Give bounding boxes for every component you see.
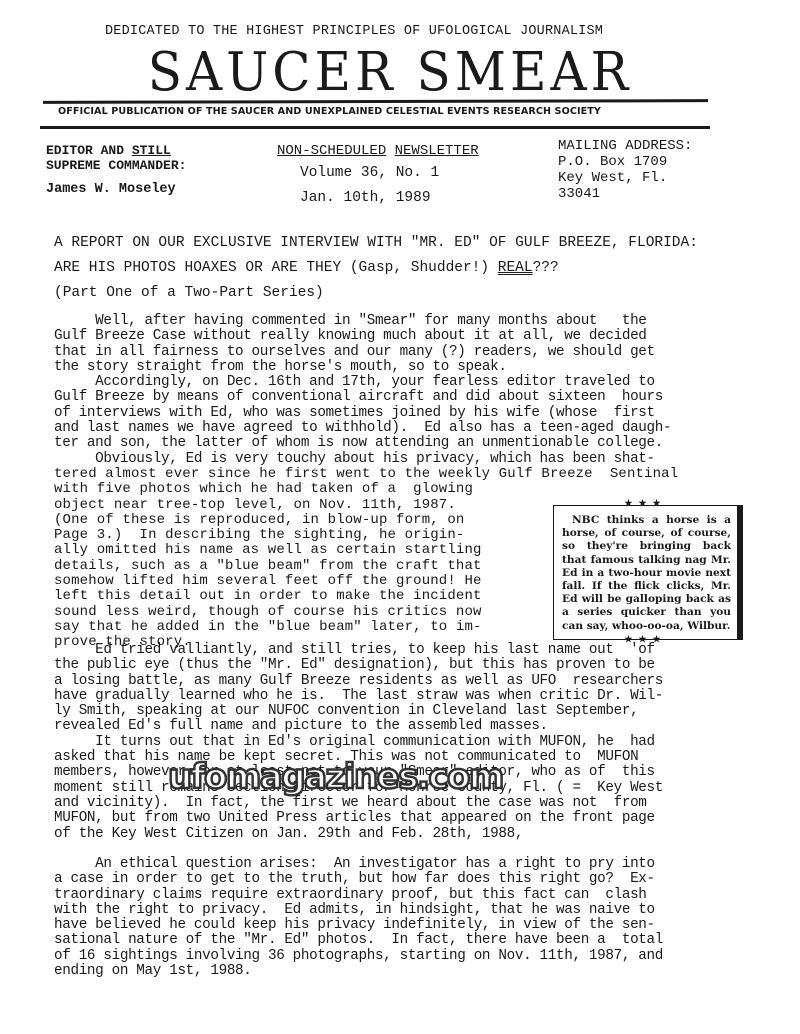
official-publication-line: OFFICIAL PUBLICATION OF THE SAUCER AND U… bbox=[58, 106, 718, 117]
newsletter-type-a: NON-SCHEDULED bbox=[277, 143, 386, 159]
divider-bottom bbox=[40, 126, 710, 129]
mailing-address: MAILING ADDRESS: P.O. Box 1709 Key West,… bbox=[558, 138, 692, 202]
mailing-address-label: MAILING ADDRESS: bbox=[558, 138, 692, 154]
issue-date: Jan. 10th, 1989 bbox=[300, 190, 431, 206]
article-headline-1: A REPORT ON OUR EXCLUSIVE INTERVIEW WITH… bbox=[54, 235, 698, 251]
editor-label-still: STILL bbox=[132, 143, 171, 158]
stars-icon: ★★★ bbox=[554, 498, 737, 511]
article-series-note: (Part One of a Two-Part Series) bbox=[54, 285, 324, 301]
newsletter-type-b: NEWSLETTER bbox=[395, 143, 479, 159]
article-headline-2: ARE HIS PHOTOS HOAXES OR ARE THEY (Gasp,… bbox=[54, 260, 559, 276]
headline-2-text: ARE HIS PHOTOS HOAXES OR ARE THEY (Gasp,… bbox=[54, 260, 498, 276]
address-line-1: P.O. Box 1709 bbox=[558, 154, 692, 170]
headline-2-end: ??? bbox=[533, 260, 559, 276]
motto: DEDICATED TO THE HIGHEST PRINCIPLES OF U… bbox=[105, 24, 665, 39]
volume-number: Volume 36, No. 1 bbox=[300, 165, 439, 181]
editor-label-title: SUPREME COMMANDER: bbox=[46, 158, 186, 173]
masthead-title: SAUCER SMEAR bbox=[140, 42, 640, 101]
clipping-box: ★★★ NBC thinks a horse is a horse, of co… bbox=[553, 505, 743, 640]
watermark: ufomagazines.com bbox=[168, 757, 503, 797]
article-paragraph-1: Well, after having commented in "Smear" … bbox=[54, 314, 671, 467]
clipping-text: NBC thinks a horse is a horse, of course… bbox=[562, 514, 731, 633]
headline-2-real: REAL bbox=[498, 260, 533, 276]
news-clipping: ★★★ NBC thinks a horse is a horse, of co… bbox=[553, 505, 743, 640]
editor-name: James W. Moseley bbox=[46, 182, 176, 197]
editor-label-text: EDITOR AND bbox=[46, 143, 132, 158]
address-line-2: Key West, Fl. bbox=[558, 170, 692, 186]
address-line-3: 33041 bbox=[558, 186, 692, 202]
article-paragraph-3: Ed tried valliantly, and still tries, to… bbox=[54, 643, 663, 842]
editor-label: EDITOR AND STILL SUPREME COMMANDER: bbox=[46, 143, 186, 173]
divider-top bbox=[43, 99, 708, 104]
article-paragraph-4: An ethical question arises: An investiga… bbox=[54, 857, 663, 979]
newsletter-type: NON-SCHEDULED NEWSLETTER bbox=[277, 143, 479, 159]
